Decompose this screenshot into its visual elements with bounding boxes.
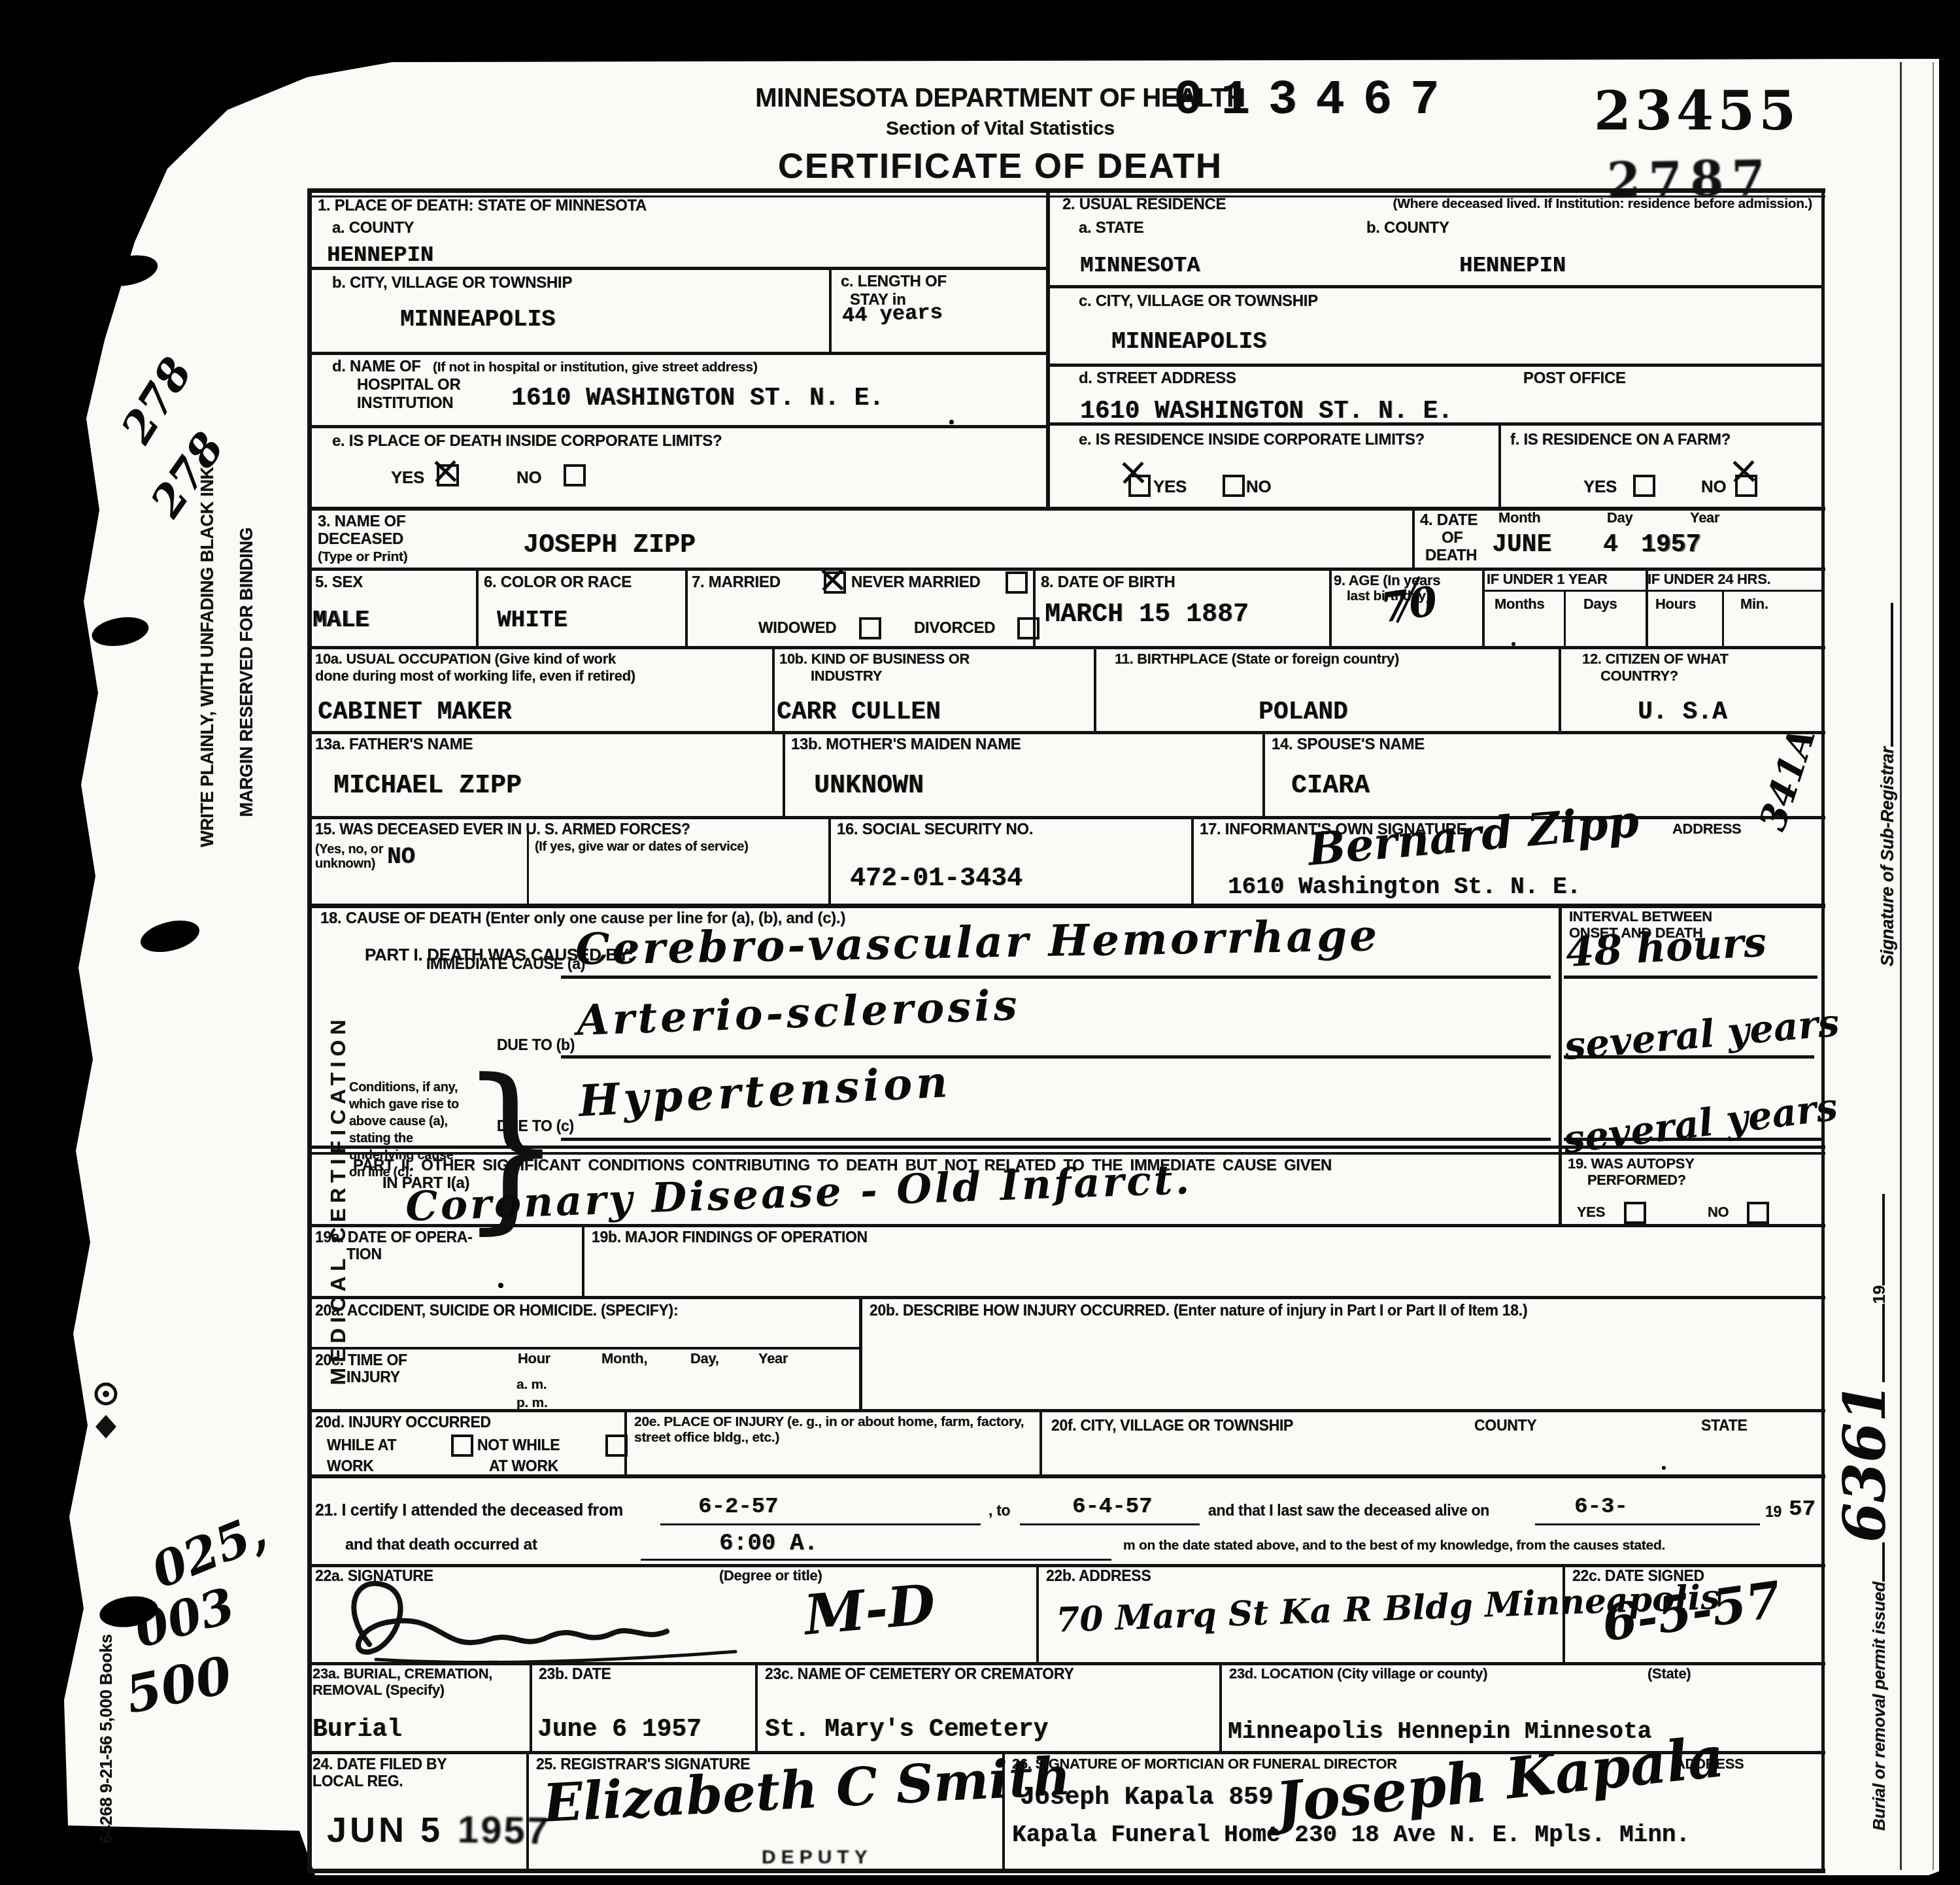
- field15-armed-forces-value: NO: [387, 843, 415, 870]
- field1a-county-value: HENNEPIN: [327, 243, 433, 268]
- field9-under24-label: IF UNDER 24 HRS.: [1647, 571, 1770, 588]
- field19-autopsy-label-line1: 19. WAS AUTOPSY: [1568, 1156, 1695, 1172]
- field10b-industry-value: CARR CULLEN: [777, 698, 941, 726]
- field23d-state-label: (State): [1647, 1666, 1691, 1682]
- field23c-cemetery-label: 23c. NAME OF CEMETERY OR CREMATORY: [765, 1666, 1073, 1683]
- permit-blank-line2: [1872, 1304, 1885, 1382]
- field8-dob-value: MARCH 15 1887: [1045, 600, 1249, 630]
- field10b-label-line2: INDUSTRY: [811, 668, 882, 685]
- field21-time-value: 6:00 A.: [719, 1530, 818, 1557]
- scan-streak: [1933, 62, 1934, 1870]
- field1e-no-checkbox: [564, 464, 586, 486]
- field23a-label-line1: 23a. BURIAL, CREMATION,: [313, 1666, 492, 1682]
- field6-race-label: 6. COLOR OR RACE: [484, 574, 632, 592]
- permit-year-line: [1872, 1194, 1885, 1285]
- field9-hours-label: Hours: [1655, 596, 1696, 613]
- field2f-yes-label: YES: [1583, 477, 1617, 496]
- field22c-label: 22c. DATE SIGNED: [1572, 1568, 1704, 1585]
- field1e-label: e. IS PLACE OF DEATH INSIDE CORPORATE LI…: [332, 433, 722, 450]
- field9-months-label: Months: [1495, 596, 1544, 613]
- field23a-burial-value: Burial: [313, 1716, 402, 1744]
- field2f-label: f. IS RESIDENCE ON A FARM?: [1510, 432, 1731, 449]
- field14-spouse-value: CIARA: [1291, 772, 1370, 801]
- field2-note: (Where deceased lived. If Institution: r…: [1342, 196, 1812, 212]
- date-filed-stamp-year: 1957: [457, 1808, 550, 1853]
- field4-day-label: Day: [1607, 510, 1632, 526]
- scanned-death-certificate: { "header": { "agency": "MINNESOTA DEPAR…: [0, 0, 1960, 1885]
- field1e-yes-label: YES: [391, 468, 424, 487]
- field20c-day-label: Day,: [690, 1351, 719, 1367]
- field1e-no-label: NO: [516, 468, 541, 487]
- margin-binding-note: MARGIN RESERVED FOR BINDING: [237, 483, 256, 862]
- sub-registrar-signature-line: Signature of Sub-Registrar: [1878, 548, 1897, 966]
- field19-yes-checkbox: [1624, 1202, 1646, 1224]
- field2b-label: b. COUNTY: [1366, 220, 1449, 237]
- field5-sex-value: MALE: [313, 607, 369, 634]
- field13b-mother-value: UNKNOWN: [814, 772, 924, 801]
- field10a-label-line1: 10a. USUAL OCCUPATION (Give kind of work: [315, 651, 616, 668]
- field23c-cemetery-value: St. Mary's Cemetery: [765, 1716, 1048, 1744]
- field10a-occupation-value: CABINET MAKER: [318, 698, 511, 726]
- field12-citizen-label-line1: 12. CITIZEN OF WHAT: [1582, 651, 1729, 668]
- ink-speck: [1662, 1466, 1666, 1470]
- field20e-label: 20e. PLACE OF INJURY (e. g., in or about…: [634, 1414, 1026, 1445]
- field3-label-line2: DECEASED: [318, 531, 403, 549]
- field1c-label-line1: c. LENGTH OF: [841, 273, 947, 291]
- field7-married-label: 7. MARRIED: [692, 574, 781, 592]
- form-print-number: 64268 9-21-56 5,000 Books: [97, 1419, 116, 1844]
- field21-alive-value: 6-3-: [1574, 1495, 1628, 1520]
- field4-year-label: Year: [1690, 510, 1719, 526]
- field11-birthplace-label: 11. BIRTHPLACE (State or foreign country…: [1115, 651, 1399, 668]
- field20d-at-work-label: AT WORK: [489, 1458, 558, 1475]
- field21-text2: and that I last saw the deceased alive o…: [1208, 1503, 1489, 1520]
- field2e-yes-checkmark: [1121, 459, 1145, 485]
- field4-month-label: Month: [1498, 510, 1540, 526]
- field21-year-value: 57: [1789, 1497, 1816, 1522]
- field13a-father-value: MICHAEL ZIPP: [333, 772, 522, 801]
- field1d-institution-value: 1610 WASHINGTON ST. N. E.: [511, 384, 884, 413]
- field9-min-label: Min.: [1740, 596, 1768, 613]
- field20a-label: 20a. ACCIDENT, SUICIDE OR HOMICIDE. (SPE…: [315, 1302, 678, 1319]
- field14-spouse-label: 14. SPOUSE'S NAME: [1272, 736, 1425, 754]
- field8-dob-label: 8. DATE OF BIRTH: [1041, 574, 1175, 592]
- scan-streak: [1900, 62, 1902, 1870]
- field17-informant-address-value: 1610 Washington St. N. E.: [1228, 874, 1581, 900]
- field4-year-value: 1957: [1641, 531, 1700, 559]
- field20c-month-label: Month,: [601, 1351, 647, 1367]
- field2b-county-value: HENNEPIN: [1459, 254, 1566, 279]
- field1-title: 1. PLACE OF DEATH: STATE OF MINNESOTA: [318, 197, 647, 215]
- field7-widowed-checkbox: [859, 617, 881, 639]
- field20f-label: 20f. CITY, VILLAGE OR TOWNSHIP: [1051, 1418, 1293, 1435]
- ink-speck: [1512, 642, 1515, 646]
- field2c-label: c. CITY, VILLAGE OR TOWNSHIP: [1079, 293, 1318, 311]
- field7-never-married-checkbox: [1005, 571, 1028, 594]
- field4-label-line2: OF: [1442, 530, 1463, 547]
- field2e-label: e. IS RESIDENCE INSIDE CORPORATE LIMITS?: [1079, 432, 1425, 449]
- field24-label-line2: LOCAL REG.: [313, 1773, 403, 1790]
- field7-married-checkmark: [820, 566, 845, 592]
- field19-no-label: NO: [1708, 1204, 1729, 1221]
- field19-yes-label: YES: [1577, 1204, 1605, 1221]
- physician-degree-script: M-D: [802, 1571, 938, 1647]
- field22b-label: 22b. ADDRESS: [1046, 1568, 1151, 1585]
- medical-certification-label: MEDICAL CERTIFICATION: [327, 902, 350, 1497]
- field20c-am-label: a. m.: [516, 1377, 547, 1393]
- file-number-stamp: 23455: [1594, 80, 1800, 143]
- field1d-note: (If not in hospital or institution, give…: [433, 360, 758, 375]
- certificate-number-stamp: 013467: [1174, 73, 1457, 128]
- field20c-label-line2: INJURY: [346, 1369, 400, 1386]
- field15-armed-forces-label: 15. WAS DECEASED EVER IN U. S. ARMED FOR…: [315, 821, 690, 838]
- field11-birthplace-value: POLAND: [1259, 698, 1348, 726]
- field15-note: (If yes, give war or dates of service): [535, 840, 816, 854]
- field2f-no-label: NO: [1701, 477, 1726, 496]
- field2f-no-checkmark: [1731, 458, 1756, 484]
- physician-signature-scribble: [330, 1569, 749, 1664]
- field21-from-value: 6-2-57: [698, 1495, 778, 1520]
- field10a-label-line2: done during most of working life, even i…: [315, 668, 635, 685]
- field20c-year-label: Year: [758, 1351, 788, 1367]
- field23d-location-label: 23d. LOCATION (City village or county): [1229, 1666, 1487, 1682]
- field17-address-label: ADDRESS: [1672, 821, 1741, 838]
- field2a-state-value: MINNESOTA: [1080, 254, 1200, 279]
- field2a-label: a. STATE: [1079, 220, 1143, 237]
- field20d-not-while-checkbox: [605, 1435, 628, 1457]
- field12-citizen-value: U. S.A: [1638, 698, 1727, 726]
- permit-year-prefix: 19: [1869, 1285, 1889, 1304]
- field1c-length-of-stay-value: 44 years: [841, 300, 943, 328]
- field20c-pm-label: p. m.: [516, 1395, 548, 1411]
- field20d-while-at-work-checkbox: [451, 1435, 473, 1457]
- field20b-label: 20b. DESCRIBE HOW INJURY OCCURRED. (Ente…: [870, 1302, 1527, 1319]
- burial-permit-line: Burial or removal permit issued636119: [1831, 961, 1899, 1831]
- field7-widowed-label: WIDOWED: [758, 620, 836, 637]
- document-title: CERTIFICATE OF DEATH: [745, 146, 1255, 186]
- ink-speck: [949, 420, 954, 424]
- field16-ssn-value: 472-01-3434: [850, 864, 1022, 894]
- date-filed-stamp-month-day: JUN 5: [327, 1810, 443, 1850]
- field4-label-line1: 4. DATE: [1420, 512, 1478, 530]
- field1d-label: d. NAME OF: [332, 358, 421, 376]
- field21-text1: 21. I certify I attended the deceased fr…: [315, 1501, 623, 1520]
- field24-label-line1: 24. DATE FILED BY: [313, 1756, 447, 1773]
- field1d-label-line2: HOSPITAL OR: [357, 377, 461, 394]
- field2-title: 2. USUAL RESIDENCE: [1062, 196, 1226, 214]
- field1a-label: a. COUNTY: [332, 220, 414, 237]
- field2e-yes-label: YES: [1153, 477, 1187, 496]
- immediate-cause-label: IMMEDIATE CAUSE (a): [426, 956, 585, 973]
- mortician-name-value: Joseph Kapala 859: [1020, 1784, 1274, 1812]
- field20c-hour-label: Hour: [518, 1351, 550, 1367]
- field13b-mother-label: 13b. MOTHER'S MAIDEN NAME: [791, 736, 1021, 754]
- field2d-street-value: 1610 WASHINGTON ST. N. E.: [1080, 398, 1453, 426]
- field1d-label-line3: INSTITUTION: [357, 395, 453, 413]
- field1b-label: b. CITY, VILLAGE OR TOWNSHIP: [332, 275, 572, 292]
- field19b-label: 19b. MAJOR FINDINGS OF OPERATION: [592, 1229, 868, 1246]
- field19-no-checkbox: [1747, 1202, 1769, 1224]
- field21-to-label: , to: [988, 1503, 1010, 1520]
- burial-permit-label: Burial or removal permit issued: [1869, 1582, 1889, 1831]
- field2f-yes-checkbox: [1633, 475, 1655, 497]
- field23b-date-value: June 6 1957: [537, 1716, 701, 1744]
- field1e-yes-checkmark: [433, 458, 458, 484]
- field20d-not-while-label: NOT WHILE: [477, 1437, 560, 1454]
- write-plainly-note: WRITE PLAINLY, WITH UNFADING BLACK INK: [197, 402, 217, 912]
- field4-month-value: JUNE: [1492, 531, 1551, 559]
- sub-registrar-label: Signature of Sub-Registrar: [1878, 747, 1897, 966]
- field20f-county-label: COUNTY: [1474, 1418, 1536, 1435]
- field3-deceased-name-value: JOSEPH ZIPP: [523, 531, 696, 560]
- field3-label-line1: 3. NAME OF: [318, 513, 405, 531]
- field23b-date-label: 23b. DATE: [539, 1666, 611, 1683]
- field21-text4: m on the date stated above, and to the b…: [1123, 1538, 1665, 1554]
- field2d-post-office-label: POST OFFICE: [1523, 370, 1626, 388]
- deputy-stamp: DEPUTY: [762, 1846, 873, 1869]
- field5-sex-label: 5. SEX: [315, 574, 363, 592]
- field16-ssn-label: 16. SOCIAL SECURITY NO.: [837, 821, 1033, 839]
- field7-divorced-label: DIVORCED: [914, 620, 995, 637]
- field7-divorced-checkbox: [1017, 617, 1039, 639]
- field2e-no-label: NO: [1246, 477, 1271, 496]
- field10b-label-line1: 10b. KIND OF BUSINESS OR: [779, 651, 970, 668]
- field19a-label-line2: TION: [346, 1246, 382, 1263]
- due-to-c-label: DUE TO (c): [497, 1118, 574, 1135]
- field12-citizen-label-line2: COUNTRY?: [1600, 668, 1678, 685]
- ink-speck: [498, 1283, 503, 1288]
- field6-race-value: WHITE: [497, 607, 567, 634]
- field21-to-value: 6-4-57: [1072, 1495, 1152, 1520]
- field9-days-label: Days: [1583, 596, 1617, 613]
- field20f-state-label: STATE: [1701, 1418, 1747, 1435]
- permit-number-script: 6361: [1831, 1382, 1899, 1542]
- field9-under1yr-label: IF UNDER 1 YEAR: [1487, 571, 1608, 588]
- field1b-city-value: MINNEAPOLIS: [400, 306, 556, 333]
- due-to-b-label: DUE TO (b): [497, 1037, 575, 1054]
- field2c-city-value: MINNEAPOLIS: [1111, 328, 1267, 355]
- field7-never-married-label: NEVER MARRIED: [851, 574, 980, 592]
- field13a-father-label: 13a. FATHER'S NAME: [315, 736, 473, 754]
- field23a-label-line2: REMOVAL (Specify): [313, 1682, 445, 1699]
- field21-text3: and that death occurred at: [345, 1537, 537, 1554]
- field4-label-line3: DEATH: [1425, 547, 1477, 565]
- field9-age-value: 70: [1377, 577, 1440, 632]
- field4-day-value: 4: [1603, 531, 1618, 559]
- sub-registrar-blank-line: [1880, 603, 1893, 747]
- field19-autopsy-label-line2: PERFORMED?: [1587, 1172, 1686, 1189]
- field3-label-line3: (Type or Print): [318, 549, 407, 565]
- field2e-no-checkbox: [1223, 475, 1245, 497]
- field2d-label: d. STREET ADDRESS: [1079, 370, 1236, 388]
- permit-blank-line: [1872, 1542, 1885, 1582]
- field21-year-prefix: 19: [1765, 1504, 1782, 1521]
